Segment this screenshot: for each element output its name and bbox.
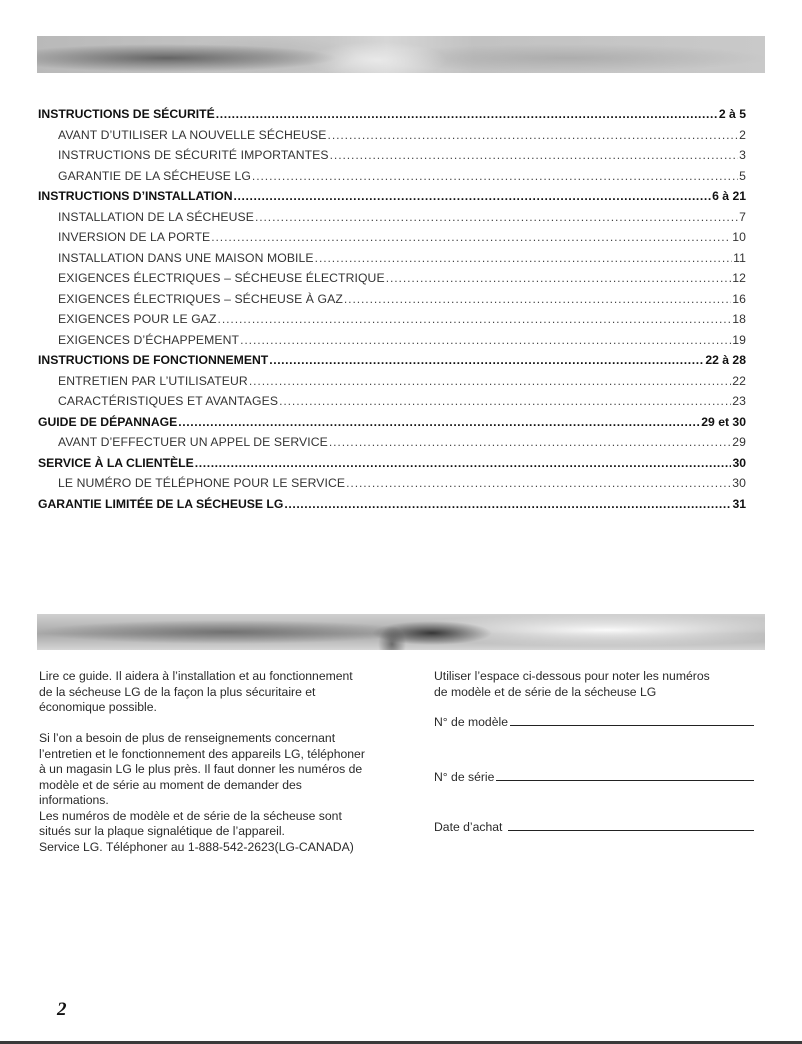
toc-subsection-entry[interactable]: INSTALLATION DE LA SÉCHEUSE7 [38, 207, 746, 228]
toc-subsection-entry[interactable]: INSTRUCTIONS DE SÉCURITÉ IMPORTANTES3 [38, 145, 746, 166]
toc-dot-leader [218, 309, 732, 330]
toc-entry-page: 18 [732, 309, 746, 330]
toc-entry-page: 23 [732, 391, 746, 412]
toc-entry-title: EXIGENCES POUR LE GAZ [58, 309, 217, 330]
toc-dot-leader [330, 145, 738, 166]
toc-dot-leader [178, 412, 700, 433]
toc-entry-page: 12 [732, 268, 746, 289]
toc-dot-leader [346, 473, 731, 494]
purchase-date-line[interactable] [508, 819, 754, 831]
toc-section-entry[interactable]: GUIDE DE DÉPANNAGE29 et 30 [38, 412, 746, 433]
toc-subsection-entry[interactable]: INVERSION DE LA PORTE10 [38, 227, 746, 248]
toc-entry-title: INSTALLATION DANS UNE MAISON MOBILE [58, 248, 314, 269]
toc-subsection-entry[interactable]: LE NUMÉRO DE TÉLÉPHONE POUR LE SERVICE30 [38, 473, 746, 494]
toc-entry-title: GUIDE DE DÉPANNAGE [38, 412, 177, 433]
toc-dot-leader [216, 104, 718, 125]
toc-entry-page: 22 à 28 [705, 350, 746, 371]
toc-entry-page: 30 [732, 473, 746, 494]
toc-subsection-entry[interactable]: EXIGENCES D’ÉCHAPPEMENT19 [38, 330, 746, 351]
toc-entry-page: 6 à 21 [712, 186, 746, 207]
toc-subsection-entry[interactable]: ENTRETIEN PAR L’UTILISATEUR22 [38, 371, 746, 392]
serial-number-field[interactable]: N° de série [434, 769, 754, 785]
toc-entry-page: 29 et 30 [701, 412, 746, 433]
toc-subsection-entry[interactable]: EXIGENCES ÉLECTRIQUES – SÉCHEUSE À GAZ16 [38, 289, 746, 310]
toc-entry-title: LE NUMÉRO DE TÉLÉPHONE POUR LE SERVICE [58, 473, 345, 494]
toc-entry-title: EXIGENCES ÉLECTRIQUES – SÉCHEUSE À GAZ [58, 289, 343, 310]
toc-entry-title: EXIGENCES D’ÉCHAPPEMENT [58, 330, 239, 351]
toc-entry-page: 7 [739, 207, 746, 228]
toc-entry-title: GARANTIE LIMITÉE DE LA SÉCHEUSE LG [38, 494, 283, 515]
toc-dot-leader [234, 186, 712, 207]
toc-section-entry[interactable]: INSTRUCTIONS D’INSTALLATION6 à 21 [38, 186, 746, 207]
toc-entry-title: AVANT D’EFFECTUER UN APPEL DE SERVICE [58, 432, 328, 453]
toc-dot-leader [211, 227, 731, 248]
toc-entry-title: INSTALLATION DE LA SÉCHEUSE [58, 207, 254, 228]
page-number: 2 [57, 999, 67, 1021]
toc-entry-page: 19 [732, 330, 746, 351]
toc-entry-title: GARANTIE DE LA SÉCHEUSE LG [58, 166, 251, 187]
toc-dot-leader [255, 207, 738, 228]
toc-entry-title: CARACTÉRISTIQUES ET AVANTAGES [58, 391, 278, 412]
toc-entry-title: SERVICE À LA CLIENTÈLE [38, 453, 194, 474]
toc-entry-page: 30 [732, 453, 746, 474]
toc-section-entry[interactable]: INSTRUCTIONS DE FONCTIONNEMENT22 à 28 [38, 350, 746, 371]
serial-number-label: N° de série [434, 770, 494, 786]
toc-entry-title: INVERSION DE LA PORTE [58, 227, 210, 248]
toc-entry-page: 5 [739, 166, 746, 187]
toc-section-entry[interactable]: GARANTIE LIMITÉE DE LA SÉCHEUSE LG31 [38, 494, 746, 515]
record-form-intro: Utiliser l’espace ci-dessous pour noter … [434, 669, 754, 700]
toc-entry-title: INSTRUCTIONS D’INSTALLATION [38, 186, 233, 207]
guide-info-text: Lire ce guide. Il aidera à l’installatio… [39, 669, 409, 855]
toc-entry-page: 29 [732, 432, 746, 453]
toc-entry-title: INSTRUCTIONS DE SÉCURITÉ [38, 104, 215, 125]
serial-number-line[interactable] [496, 769, 754, 781]
toc-dot-leader [249, 371, 731, 392]
toc-dot-leader [386, 268, 732, 289]
toc-entry-title: EXIGENCES ÉLECTRIQUES – SÉCHEUSE ÉLECTRI… [58, 268, 385, 289]
toc-subsection-entry[interactable]: INSTALLATION DANS UNE MAISON MOBILE11 [38, 248, 746, 269]
toc-entry-page: 16 [732, 289, 746, 310]
toc-entry-page: 2 à 5 [719, 104, 746, 125]
toc-subsection-entry[interactable]: EXIGENCES POUR LE GAZ18 [38, 309, 746, 330]
toc-entry-page: 3 [739, 145, 746, 166]
purchase-date-label: Date d’achat [434, 820, 502, 836]
model-number-line[interactable] [510, 714, 754, 726]
model-number-field[interactable]: N° de modèle [434, 714, 754, 730]
service-phone: Service LG. Téléphoner au 1-888-542-2623… [39, 840, 354, 854]
toc-entry-page: 11 [733, 248, 746, 269]
toc-subsection-entry[interactable]: CARACTÉRISTIQUES ET AVANTAGES23 [38, 391, 746, 412]
toc-entry-title: INSTRUCTIONS DE FONCTIONNEMENT [38, 350, 268, 371]
toc-dot-leader [195, 453, 732, 474]
section-decorative-bar [37, 614, 765, 650]
contact-paragraph: Si l’on a besoin de plus de renseignemen… [39, 731, 409, 855]
purchase-date-field[interactable]: Date d’achat [434, 819, 754, 835]
toc-subsection-entry[interactable]: AVANT D’EFFECTUER UN APPEL DE SERVICE29 [38, 432, 746, 453]
intro-paragraph: Lire ce guide. Il aidera à l’installatio… [39, 669, 409, 716]
toc-entry-page: 22 [732, 371, 746, 392]
toc-entry-title: ENTRETIEN PAR L’UTILISATEUR [58, 371, 248, 392]
record-form: Utiliser l’espace ci-dessous pour noter … [434, 669, 754, 835]
toc-dot-leader [328, 125, 739, 146]
model-number-label: N° de modèle [434, 715, 508, 731]
toc-dot-leader [329, 432, 731, 453]
toc-dot-leader [279, 391, 731, 412]
toc-dot-leader [269, 350, 704, 371]
toc-subsection-entry[interactable]: EXIGENCES ÉLECTRIQUES – SÉCHEUSE ÉLECTRI… [38, 268, 746, 289]
table-of-contents: INSTRUCTIONS DE SÉCURITÉ2 à 5AVANT D’UTI… [38, 104, 746, 514]
toc-subsection-entry[interactable]: GARANTIE DE LA SÉCHEUSE LG5 [38, 166, 746, 187]
toc-dot-leader [240, 330, 731, 351]
toc-subsection-entry[interactable]: AVANT D’UTILISER LA NOUVELLE SÉCHEUSE2 [38, 125, 746, 146]
toc-entry-title: AVANT D’UTILISER LA NOUVELLE SÉCHEUSE [58, 125, 327, 146]
toc-entry-title: INSTRUCTIONS DE SÉCURITÉ IMPORTANTES [58, 145, 329, 166]
toc-entry-page: 31 [732, 494, 746, 515]
toc-entry-page: 2 [739, 125, 746, 146]
toc-dot-leader [344, 289, 731, 310]
toc-section-entry[interactable]: INSTRUCTIONS DE SÉCURITÉ2 à 5 [38, 104, 746, 125]
toc-dot-leader [284, 494, 731, 515]
header-decorative-bar [37, 36, 765, 73]
toc-section-entry[interactable]: SERVICE À LA CLIENTÈLE30 [38, 453, 746, 474]
toc-dot-leader [315, 248, 732, 269]
toc-dot-leader [252, 166, 738, 187]
toc-entry-page: 10 [732, 227, 746, 248]
